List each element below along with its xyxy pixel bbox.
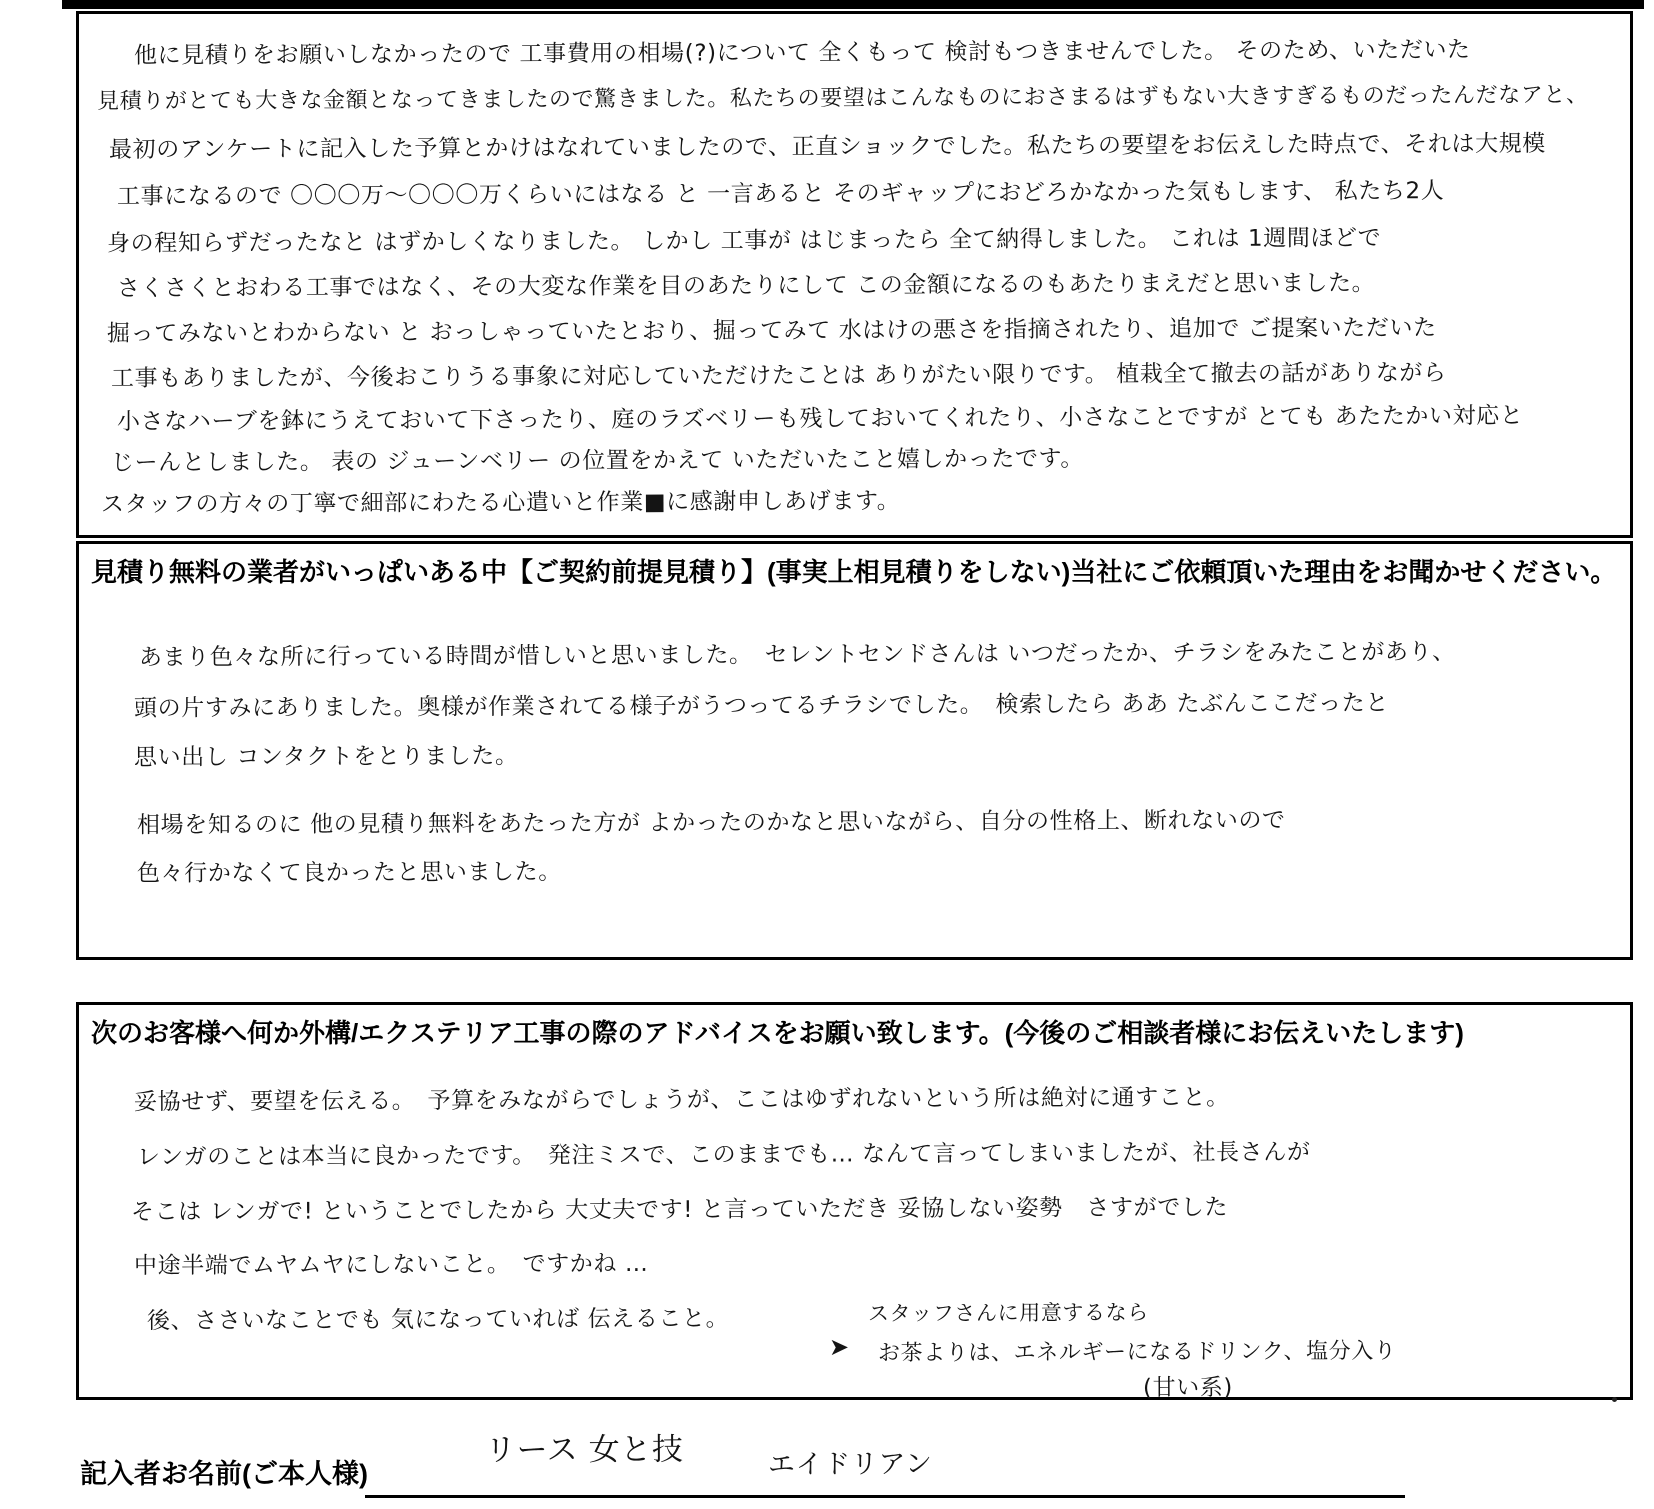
handwritten-line: 掘ってみないとわからない と おっしゃっていたとおり、掘ってみて 水はけの悪さを… <box>107 309 1437 348</box>
handwritten-side-note: (甘い系) <box>1143 1369 1233 1402</box>
feedback-section-box: 他に見積りをお願いしなかったので 工事費用の相場(?)について 全くもって 検討… <box>76 11 1633 538</box>
handwritten-line: 見積りがとても大きな金額となってきましたので驚きました。私たちの要望はこんなもの… <box>97 78 1589 116</box>
handwritten-side-note: スタッフさんに用意するなら <box>868 1296 1149 1327</box>
reason-section-box: 見積り無料の業者がいっぱいある中【ご契約前提見積り】(事実上相見積りをしない)当… <box>76 541 1633 960</box>
handwritten-line: あまり色々な所に行っている時間が惜しいと思いました。 セレントセンドさんは いつ… <box>139 633 1456 672</box>
advice-question-header: 次のお客様へ何か外構/エクステリア工事の際のアドバイスをお願い致します。(今後の… <box>91 1013 1464 1050</box>
handwritten-line: 色々行かなくて良かったと思いました。 <box>137 853 562 888</box>
handwritten-line: 身の程知らずだったなと はずかしくなりました。 しかし 工事が はじまったら 全… <box>107 219 1381 258</box>
handwritten-line: 頭の片すみにありました。奥様が作業されてる様子がうつってるチラシでした。 検索し… <box>134 684 1389 722</box>
handwritten-line: そこは レンガで! ということでしたから 大丈夫です! と言っていただき 妥協し… <box>131 1189 1228 1227</box>
handwritten-respondent-name: エイドリアン <box>768 1442 933 1482</box>
respondent-name-label: 記入者お名前(ご本人様) <box>80 1452 368 1491</box>
handwritten-line: スタッフの方々の丁寧で細部にわたる心遣いと作業■に感謝申しあげます。 <box>101 482 900 518</box>
handwritten-line: 相場を知るのに 他の見積り無料をあたった方が よかったのかなと思いながら、自分の… <box>137 801 1286 839</box>
handwritten-line: 後、ささいなことでも 気になっていれば 伝えること。 <box>147 1300 729 1336</box>
scanned-survey-page: 他に見積りをお願いしなかったので 工事費用の相場(?)について 全くもって 検討… <box>0 0 1654 1509</box>
handwritten-line: 妥協せず、要望を伝える。 予算をみながらでしょうが、ここはゆずれないという所は絶… <box>134 1079 1230 1117</box>
handwritten-side-note: お茶よりは、エネルギーになるドリンク、塩分入り <box>878 1334 1397 1367</box>
handwritten-line: さくさくとおわる工事ではなく、その大変な作業を目のあたりにして この金額になるの… <box>117 264 1375 302</box>
name-field-underline <box>365 1495 1405 1498</box>
handwritten-line: 工事もありましたが、今後おこりうる事象に対応していただけたことは ありがたい限り… <box>111 354 1447 393</box>
advice-section-box: 次のお客様へ何か外構/エクステリア工事の際のアドバイスをお願い致します。(今後の… <box>76 1002 1633 1400</box>
handwritten-line: 小さなハーブを鉢にうえておいて下さったり、庭のラズベリーも残しておいてくれたり、… <box>117 397 1524 436</box>
handwritten-line: 他に見積りをお願いしなかったので 工事費用の相場(?)について 全くもって 検討… <box>134 31 1471 70</box>
scan-artifact-dot <box>1612 1397 1617 1402</box>
reason-question-header: 見積り無料の業者がいっぱいある中【ご契約前提見積り】(事実上相見積りをしない)当… <box>91 552 1616 589</box>
handwritten-respondent-name: リース 女と技 <box>485 1424 684 1470</box>
scan-crop-border <box>62 0 1644 9</box>
handwritten-line: レンガのことは本当に良かったです。 発注ミスで、このままでも… なんて言ってしま… <box>137 1133 1311 1171</box>
handwritten-line: 中途半端でムヤムヤにしないこと。 ですかね … <box>134 1245 649 1280</box>
handwritten-line: じーんとしました。 表の ジューンベリー の位置をかえて いただいたこと嬉しかっ… <box>111 440 1084 477</box>
handwritten-line: 最初のアンケートに記入した予算とかけはなれていましたので、正直ショックでした。私… <box>109 125 1546 164</box>
handwritten-line: 思い出し コンタクトをとりました。 <box>134 737 519 772</box>
handdrawn-arrow-icon: ➤ <box>829 1333 850 1361</box>
handwritten-line: 工事になるので 〇〇〇万〜〇〇〇万くらいにはなる と 一言あると そのギャップに… <box>117 172 1444 211</box>
